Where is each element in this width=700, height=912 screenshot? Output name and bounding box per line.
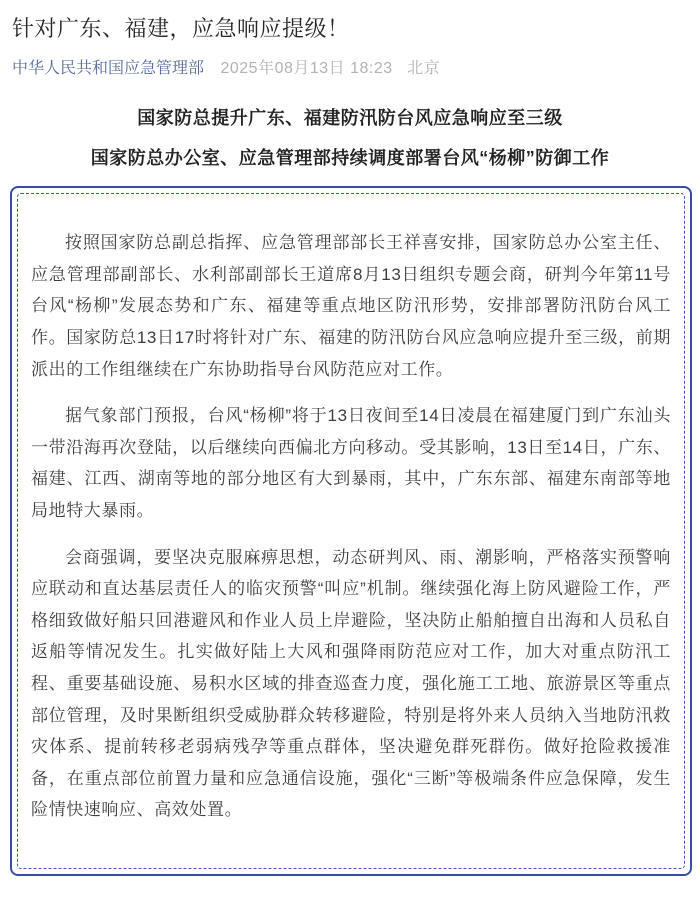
headline-line-1: 国家防总提升广东、福建防汛防台风应急响应至三级 — [0, 106, 700, 131]
publish-location: 北京 — [407, 60, 440, 77]
page-title: 针对广东、福建，应急响应提级！ — [12, 13, 686, 45]
article-header: 针对广东、福建，应急响应提级！ 中华人民共和国应急管理部 2025年08月13日… — [0, 0, 700, 80]
paragraph-meeting-requirements: 会商强调，要坚决克服麻痹思想，动态研判风、雨、潮影响，严格落实预警响应联动和直达… — [31, 542, 671, 826]
article-meta: 中华人民共和国应急管理部 2025年08月13日 18:23 北京 — [12, 59, 686, 80]
paragraph-meeting-arrangement: 按照国家防总副总指挥、应急管理部部长王祥喜安排，国家防总办公室主任、应急管理部副… — [31, 227, 671, 385]
headline-block: 国家防总提升广东、福建防汛防台风应急响应至三级 国家防总办公室、应急管理部持续调… — [0, 106, 700, 171]
publish-date: 2025年08月13日 18:23 — [220, 60, 392, 77]
article-page: 针对广东、福建，应急响应提级！ 中华人民共和国应急管理部 2025年08月13日… — [0, 0, 700, 912]
source-account-link[interactable]: 中华人民共和国应急管理部 — [12, 60, 204, 77]
notice-box-inner: 按照国家防总副总指挥、应急管理部部长王祥喜安排，国家防总办公室主任、应急管理部副… — [17, 193, 685, 869]
notice-box: 按照国家防总副总指挥、应急管理部部长王祥喜安排，国家防总办公室主任、应急管理部副… — [10, 186, 692, 876]
headline-line-2: 国家防总办公室、应急管理部持续调度部署台风“杨柳”防御工作 — [0, 146, 700, 171]
paragraph-weather-forecast: 据气象部门预报，台风“杨柳”将于13日夜间至14日凌晨在福建厦门到广东汕头一带沿… — [31, 400, 671, 526]
